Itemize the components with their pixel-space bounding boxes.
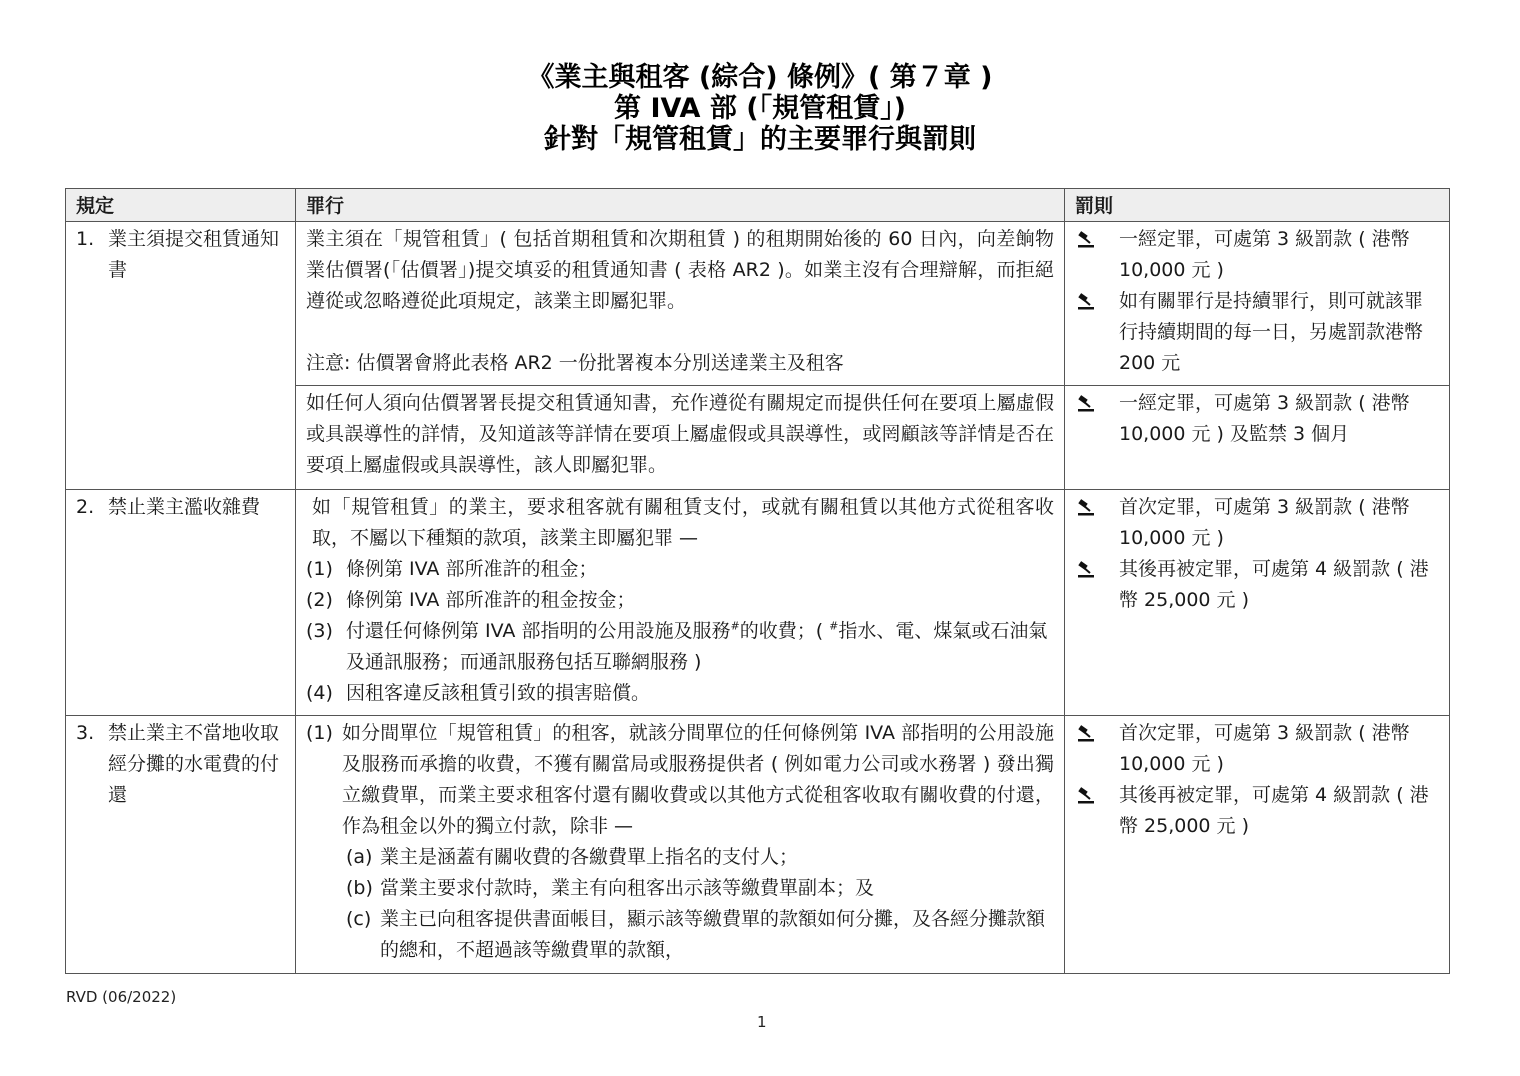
penalty-item: 首次定罪，可處第 3 級罰款 ( 港幣 10,000 元 ) (1075, 492, 1439, 554)
penalty-cell: 一經定罪，可處第 3 級罰款 ( 港幣 10,000 元 ) 及監禁 3 個月 (1065, 386, 1450, 490)
provision-cell: 1. 業主須提交租賃通知書 (66, 222, 296, 490)
offence-list-item: (2) 條例第 IVA 部所准許的租金按金； (306, 585, 1054, 616)
page-number: 1 (757, 1013, 767, 1031)
provision-number: 2. (76, 492, 108, 523)
provision-title: 禁止業主不當地收取經分攤的水電費的付還 (108, 718, 285, 811)
gavel-icon (1075, 492, 1119, 554)
gavel-icon (1075, 388, 1119, 450)
provision-number: 1. (76, 224, 108, 286)
header-penalty: 罰則 (1065, 189, 1450, 222)
offence-list-item: (4) 因租客違反該租賃引致的損害賠償。 (306, 678, 1054, 709)
provision-cell: 2. 禁止業主濫收雜費 (66, 490, 296, 716)
penalty-item: 首次定罪，可處第 3 級罰款 ( 港幣 10,000 元 ) (1075, 718, 1439, 780)
offence-list-item: (1) 條例第 IVA 部所准許的租金； (306, 554, 1054, 585)
offence-note: 注意: 估價署會將此表格 AR2 一份批署複本分別送達業主及租客 (306, 348, 1054, 379)
gavel-icon (1075, 780, 1119, 842)
offence-text: 業主須在「規管租賃」( 包括首期租賃和次期租賃 ) 的租期開始後的 60 日內，… (306, 224, 1054, 317)
penalty-cell: 首次定罪，可處第 3 級罰款 ( 港幣 10,000 元 ) 其後再被定罪，可處… (1065, 490, 1450, 716)
penalty-item: 其後再被定罪，可處第 4 級罰款 ( 港幣 25,000 元 ) (1075, 554, 1439, 616)
penalty-item: 如有關罪行是持續罪行，則可就該罪行持續期間的每一日，另處罰款港幣 200 元 (1075, 286, 1439, 379)
offence-cell: 業主須在「規管租賃」( 包括首期租賃和次期租賃 ) 的租期開始後的 60 日內，… (296, 222, 1065, 386)
offence-list-item: (1) 如分間單位「規管租賃」的租客，就該分間單位的任何條例第 IVA 部指明的… (306, 718, 1054, 842)
offence-cell: 如「規管租賃」的業主，要求租客就有關租賃支付，或就有關租賃以其他方式從租客收取，… (296, 490, 1065, 716)
offence-intro: 如「規管租賃」的業主，要求租客就有關租賃支付，或就有關租賃以其他方式從租客收取，… (306, 492, 1054, 554)
provision-number: 3. (76, 718, 108, 811)
document-title: 《業主與租客 (綜合) 條例》( 第７章 ) 第 IVA 部 (「規管租賃」) … (0, 62, 1520, 155)
offences-table: 規定 罪行 罰則 1. 業主須提交租賃通知書 業主須在「規管租賃」( 包括首期租… (65, 188, 1450, 974)
gavel-icon (1075, 554, 1119, 616)
document-reference: RVD (06/2022) (66, 988, 176, 1006)
gavel-icon (1075, 224, 1119, 286)
penalty-item: 一經定罪，可處第 3 級罰款 ( 港幣 10,000 元 ) (1075, 224, 1439, 286)
header-provision: 規定 (66, 189, 296, 222)
offence-cell: 如任何人須向估價署署長提交租賃通知書，充作遵從有關規定而提供任何在要項上屬虛假或… (296, 386, 1065, 490)
offence-list-item: (3) 付還任何條例第 IVA 部指明的公用設施及服務#的收費；( #指水、電、… (306, 616, 1054, 678)
header-offence: 罪行 (296, 189, 1065, 222)
gavel-icon (1075, 718, 1119, 780)
penalty-item: 一經定罪，可處第 3 級罰款 ( 港幣 10,000 元 ) 及監禁 3 個月 (1075, 388, 1439, 450)
gavel-icon (1075, 286, 1119, 379)
table-row: 1. 業主須提交租賃通知書 業主須在「規管租賃」( 包括首期租賃和次期租賃 ) … (66, 222, 1450, 386)
table-row: 3. 禁止業主不當地收取經分攤的水電費的付還 (1) 如分間單位「規管租賃」的租… (66, 716, 1450, 974)
provision-cell: 3. 禁止業主不當地收取經分攤的水電費的付還 (66, 716, 296, 974)
offence-sub-item: (b) 當業主要求付款時，業主有向租客出示該等繳費單副本；及 (346, 873, 1054, 904)
table-row: 2. 禁止業主濫收雜費 如「規管租賃」的業主，要求租客就有關租賃支付，或就有關租… (66, 490, 1450, 716)
title-line-3: 針對「規管租賃」的主要罪行與罰則 (0, 124, 1520, 155)
offence-sub-item: (c) 業主已向租客提供書面帳目，顯示該等繳費單的款額如何分攤，及各經分攤款額的… (346, 904, 1054, 966)
penalty-cell: 一經定罪，可處第 3 級罰款 ( 港幣 10,000 元 ) 如有關罪行是持續罪… (1065, 222, 1450, 386)
table-header-row: 規定 罪行 罰則 (66, 189, 1450, 222)
provision-title: 業主須提交租賃通知書 (108, 224, 285, 286)
offence-sub-item: (a) 業主是涵蓋有關收費的各繳費單上指名的支付人； (346, 842, 1054, 873)
penalty-cell: 首次定罪，可處第 3 級罰款 ( 港幣 10,000 元 ) 其後再被定罪，可處… (1065, 716, 1450, 974)
offence-cell: (1) 如分間單位「規管租賃」的租客，就該分間單位的任何條例第 IVA 部指明的… (296, 716, 1065, 974)
title-line-1: 《業主與租客 (綜合) 條例》( 第７章 ) (0, 62, 1520, 93)
title-line-2: 第 IVA 部 (「規管租賃」) (0, 93, 1520, 124)
provision-title: 禁止業主濫收雜費 (108, 492, 285, 523)
penalty-item: 其後再被定罪，可處第 4 級罰款 ( 港幣 25,000 元 ) (1075, 780, 1439, 842)
offence-text: 如任何人須向估價署署長提交租賃通知書，充作遵從有關規定而提供任何在要項上屬虛假或… (306, 388, 1054, 481)
